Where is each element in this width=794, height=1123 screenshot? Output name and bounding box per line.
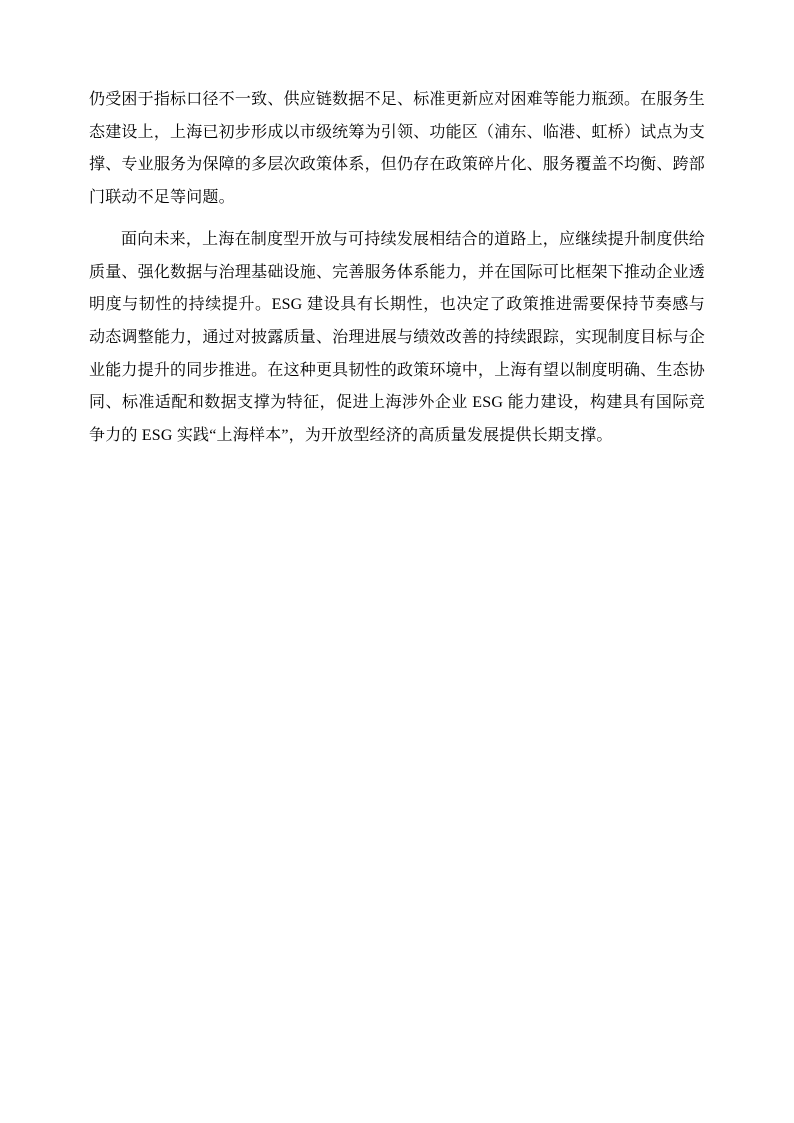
- document-page: 仍受困于指标口径不一致、供应链数据不足、标准更新应对困难等能力瓶颈。在服务生态建…: [0, 0, 794, 1123]
- body-paragraph-1: 仍受困于指标口径不一致、供应链数据不足、标准更新应对困难等能力瓶颈。在服务生态建…: [89, 84, 705, 215]
- document-text-block: 仍受困于指标口径不一致、供应链数据不足、标准更新应对困难等能力瓶颈。在服务生态建…: [89, 84, 705, 453]
- body-paragraph-2: 面向未来，上海在制度型开放与可持续发展相结合的道路上，应继续提升制度供给质量、强…: [89, 224, 705, 453]
